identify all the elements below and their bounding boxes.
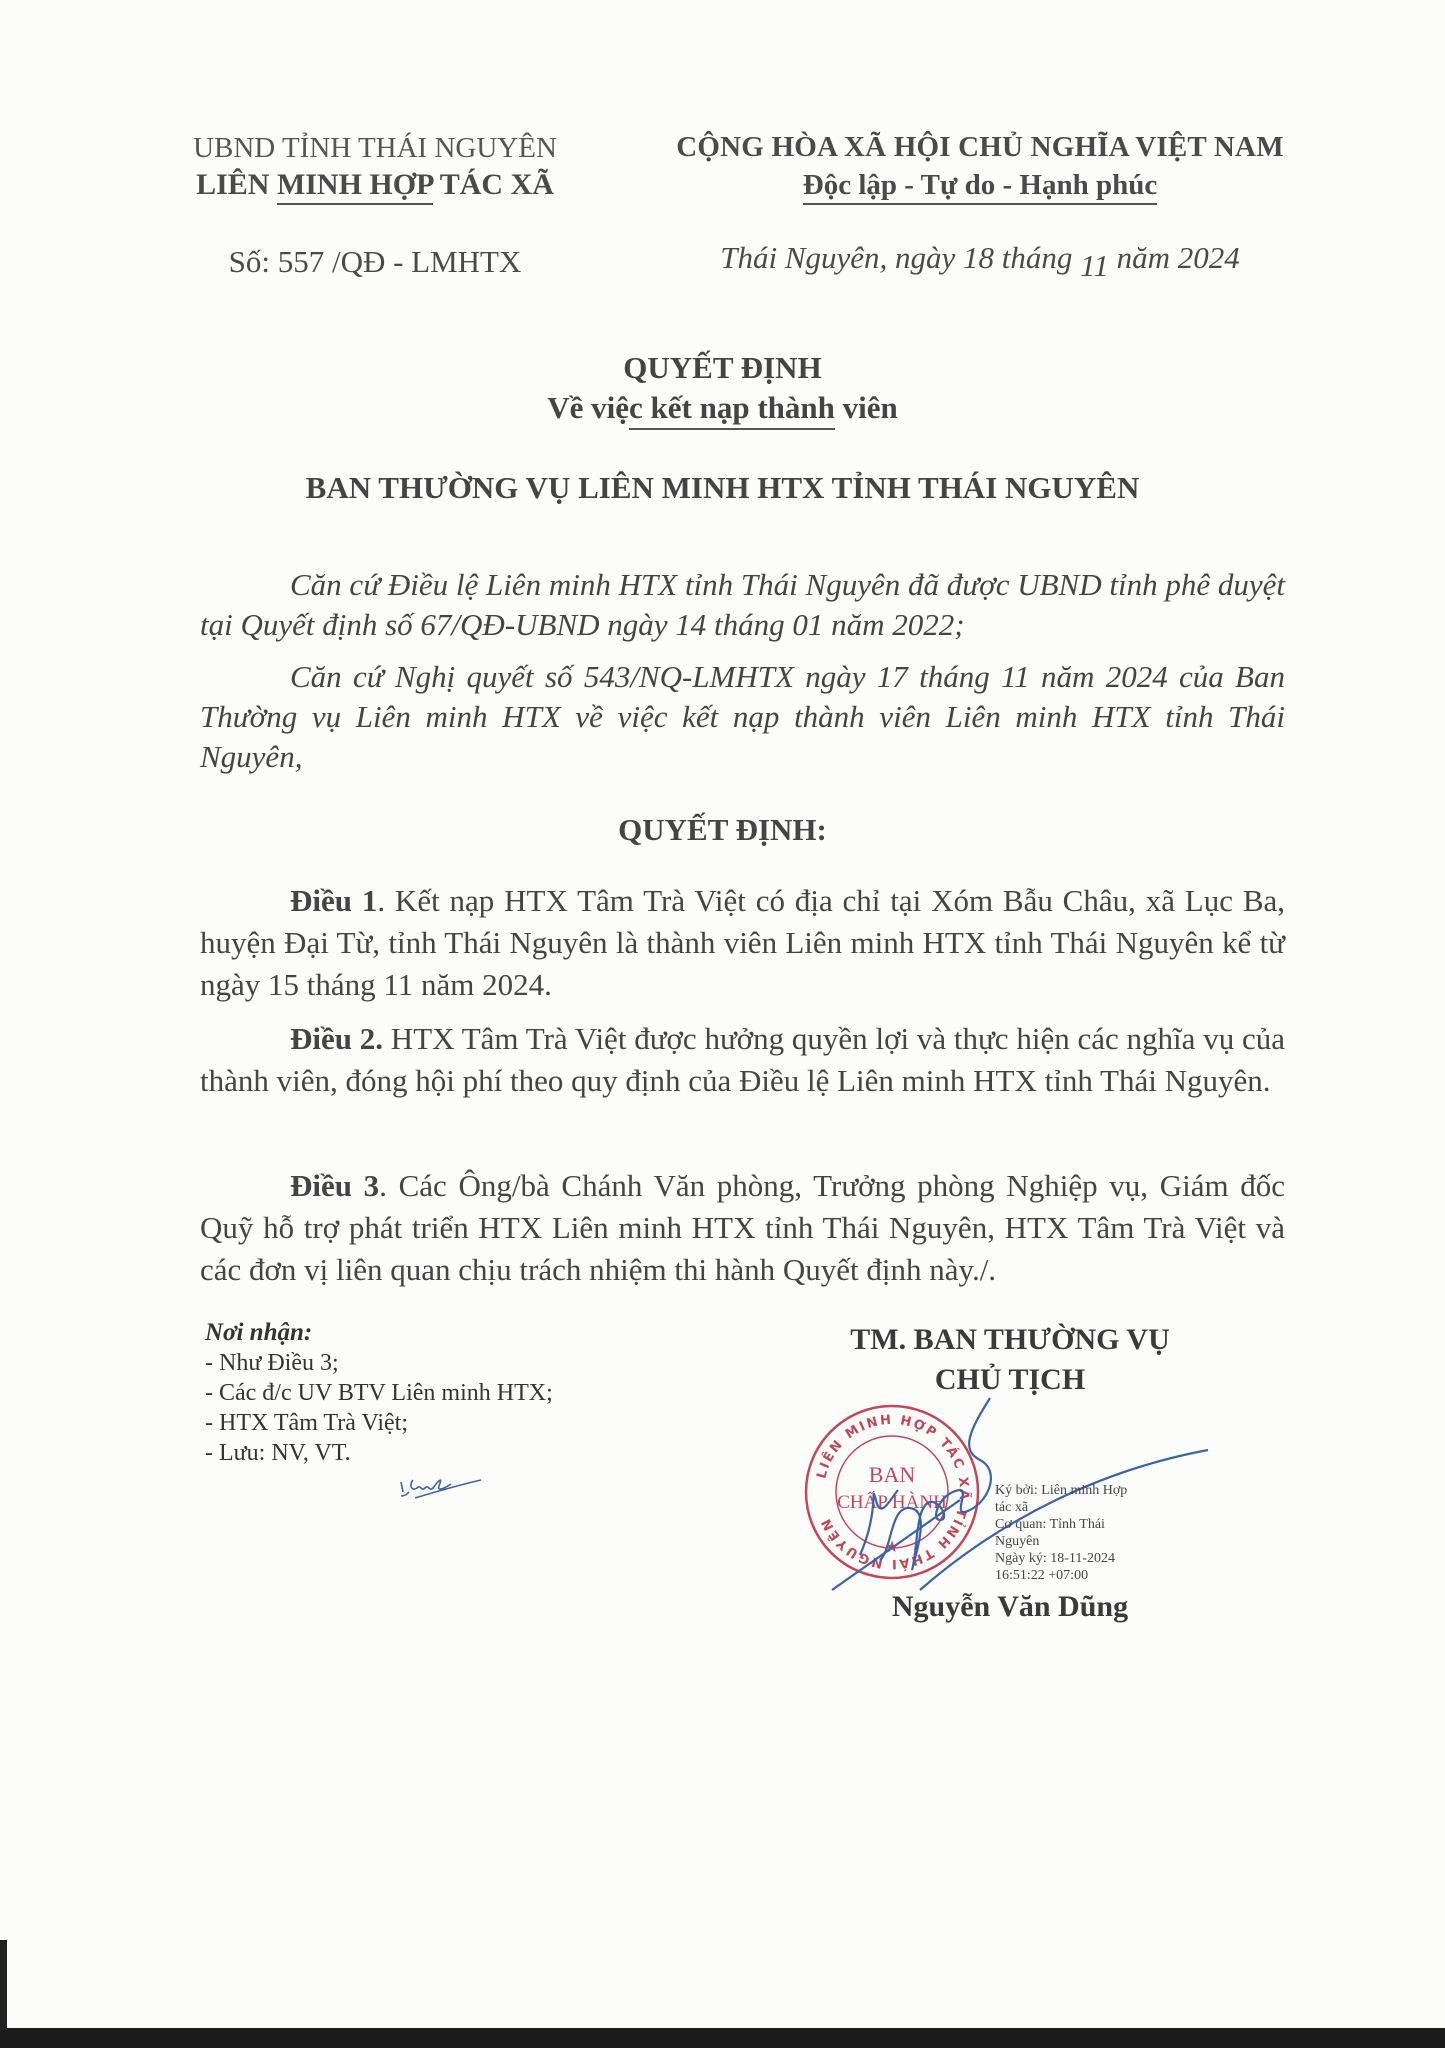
national-motto: Độc lập - Tự do - Hạnh phúc (640, 166, 1320, 204)
nation-name: CỘNG HÒA XÃ HỘI CHỦ NGHĨA VIỆT NAM (640, 128, 1320, 166)
document-subject: Về việc kết nạp thành viên (0, 390, 1445, 426)
signature-title: TM. BAN THƯỜNG VỤ CHỦ TỊCH (780, 1320, 1240, 1400)
recipient-item: - HTX Tâm Trà Việt; (205, 1408, 553, 1438)
recipient-item: - Các đ/c UV BTV Liên minh HTX; (205, 1378, 553, 1408)
issuing-authority-block: UBND TỈNH THÁI NGUYÊN LIÊN MINH HỢP TÁC … (150, 130, 600, 204)
on-behalf-of: TM. BAN THƯỜNG VỤ (780, 1320, 1240, 1360)
article-2: Điều 2. HTX Tâm Trà Việt được hưởng quyề… (200, 1018, 1285, 1102)
legal-basis-2: Căn cứ Nghị quyết số 543/NQ-LMHTX ngày 1… (200, 657, 1285, 777)
national-header: CỘNG HÒA XÃ HỘI CHỦ NGHĨA VIỆT NAM Độc l… (640, 128, 1320, 204)
initials-mark-icon (395, 1462, 485, 1502)
document-page: UBND TỈNH THÁI NGUYÊN LIÊN MINH HỢP TÁC … (0, 0, 1445, 2048)
digital-signature-info: Ký bởi: Liên minh Hợp tác xã Cơ quan: Tỉ… (995, 1482, 1127, 1584)
article-3: Điều 3. Các Ông/bà Chánh Văn phòng, Trưở… (200, 1165, 1285, 1291)
recipients-block: Nơi nhận: - Như Điều 3; - Các đ/c UV BTV… (205, 1318, 553, 1468)
authority-name: UBND TỈNH THÁI NGUYÊN (150, 130, 600, 166)
issuing-body: BAN THƯỜNG VỤ LIÊN MINH HTX TỈNH THÁI NG… (0, 470, 1445, 506)
scan-border-left (0, 1940, 7, 2030)
recipient-item: - Lưu: NV, VT. (205, 1438, 553, 1468)
document-title: QUYẾT ĐỊNH (0, 350, 1445, 386)
document-number: Số: 557 /QĐ - LMHTX (150, 244, 600, 280)
scan-border-bottom (0, 2028, 1445, 2048)
legal-basis-1: Căn cứ Điều lệ Liên minh HTX tỉnh Thái N… (200, 565, 1285, 645)
article-1: Điều 1. Kết nạp HTX Tâm Trà Việt có địa … (200, 880, 1285, 1006)
recipient-item: - Như Điều 3; (205, 1348, 553, 1378)
decision-heading: QUYẾT ĐỊNH: (0, 812, 1445, 848)
signer-name: Nguyễn Văn Dũng (780, 1590, 1240, 1624)
document-date: Thái Nguyên, ngày 18 tháng 11 năm 2024 (640, 240, 1320, 276)
organization-name: LIÊN MINH HỢP TÁC XÃ (150, 166, 600, 204)
recipients-heading: Nơi nhận: (205, 1318, 553, 1348)
